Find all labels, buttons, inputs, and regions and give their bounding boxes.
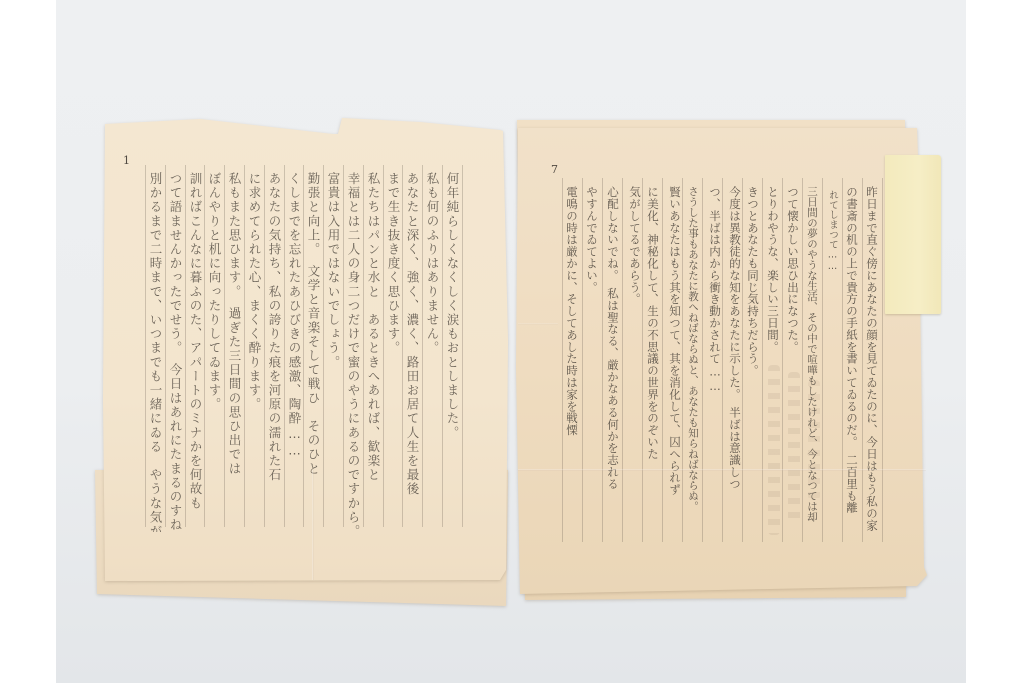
paper-crease: [518, 323, 558, 325]
left-page-number: 1: [123, 154, 130, 167]
handwritten-column: とりわやうな、楽しい三日間。: [765, 186, 781, 546]
handwritten-column: 何年純らしくなくしく涙もおとしました。: [444, 172, 460, 532]
handwritten-column: まで生き抜き度く思ひます。: [385, 172, 401, 532]
handwritten-column: くしまでを忘れたあひびきの感激、陶酔……: [286, 172, 302, 532]
handwritten-column: 気がしてるであらう。: [627, 186, 643, 546]
sticky-note: [885, 155, 941, 314]
handwritten-column: 賢いあなたはもう其を知つて、其を消化して、囚へられず: [667, 186, 683, 546]
handwritten-column: 昨日まで直ぐ傍にあなたの顔を見てゐたのに、今日はもう私の家: [864, 186, 880, 546]
paper-crease: [518, 469, 926, 471]
handwritten-column: に美化、神秘化して、生の不思議の世界をのぞいた: [645, 186, 661, 546]
handwritten-column: つて語ませんかったでせう。 今日はあれにたまるのすね。: [167, 172, 183, 532]
handwritten-column: に求めてられた心、まくく酔ります。: [246, 172, 262, 532]
handwritten-column: 私もまた思ひます。 過ぎた三日間の思ひ出では: [226, 172, 242, 532]
handwritten-column: 三日間の夢のやうな生活、その中で喧嘩もしたけれど、今となつては却: [804, 186, 820, 546]
handwritten-column: あなたと深く、強く、濃く、路田お居て人生を最後: [404, 172, 420, 532]
handwritten-column: 電鳴の時は厳かに、そしてあした時は家を戦慄: [564, 186, 580, 546]
handwritten-column: きつとあなたも同じ気持ちだらう。: [745, 186, 761, 546]
handwritten-column: 心配しないでね。 私は聖なる、厳かなある何かを志れる: [605, 186, 621, 546]
right-page-number: 7: [551, 163, 558, 176]
paper-crease: [312, 470, 314, 580]
handwritten-column: 別かるまで二時まで、いつまでも一緒にゐる やうな気がし: [147, 172, 163, 532]
handwritten-column: 私たちはパンと水と あるときへあれば、歓楽と: [365, 172, 381, 532]
handwritten-column: 幸福とは二人の身二つだけで蜜のやうにあるのですから。: [345, 172, 361, 532]
handwritten-column: 訓ればこんなに暮ふのた、アパートのミナかを何故も: [187, 172, 203, 532]
handwritten-column: 富貴は入用ではないでしょう。: [325, 172, 341, 532]
handwritten-column: あなたの気持ち、私の誇りた痕を河原の濡れた石: [266, 172, 282, 532]
handwritten-column: やすんでゐてよい。: [584, 186, 600, 546]
handwritten-column: つ、半ばは内から衝き動かされて……: [707, 186, 723, 546]
handwritten-column: さうした事もあなたに教へねばならぬと、あなたも知らねばならぬ。: [685, 186, 701, 546]
handwritten-column: の書斎の机の上で貴方の手紙を書いてゐるのだ。 二百里も離: [844, 186, 860, 546]
handwritten-column: 私も何のふりはありません。: [424, 172, 440, 532]
handwritten-column: ぼんやりと机に向ったりしてゐます。: [206, 172, 222, 532]
handwritten-column: れてしまつて……: [824, 190, 840, 550]
handwritten-column: つて懐かしい思ひ出になつた。: [785, 186, 801, 546]
handwritten-column: 今度は異教徒的な知をあなたに示した。 半ばは意識しつ: [727, 186, 743, 546]
